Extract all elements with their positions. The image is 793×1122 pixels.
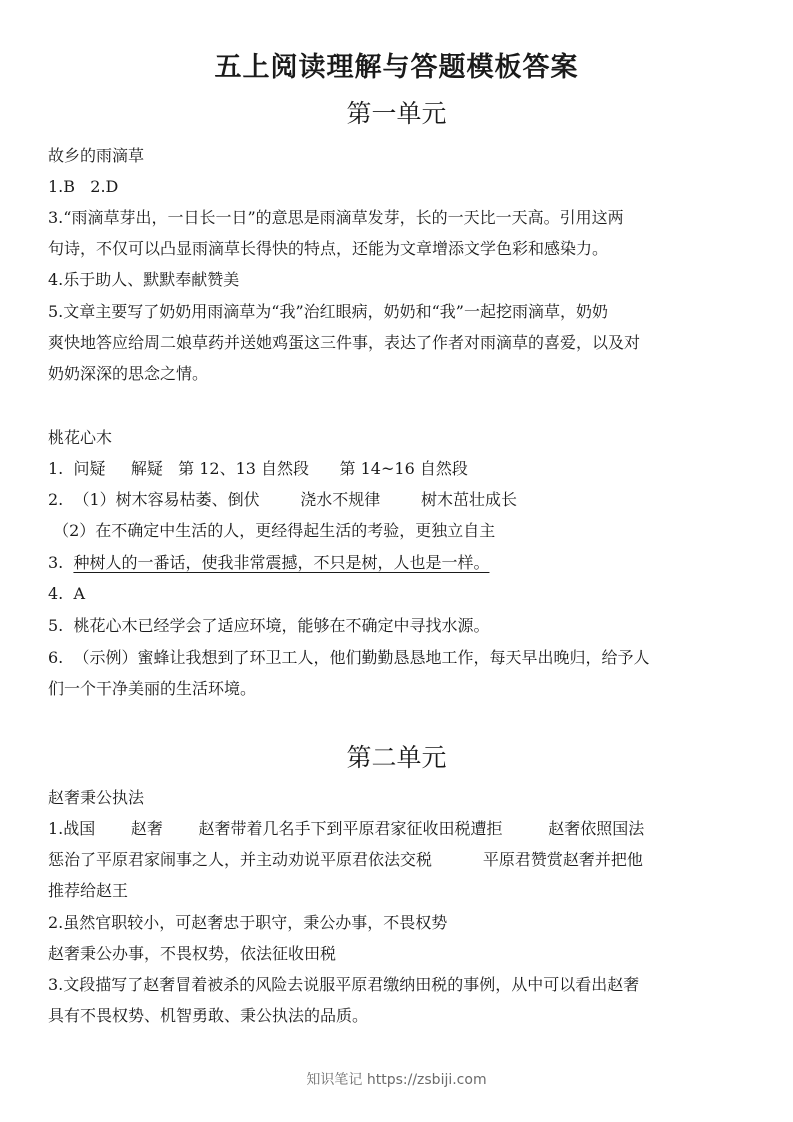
- answer-line: 1. 问疑 解疑 第 12、13 自然段 第 14~16 自然段: [48, 458, 748, 480]
- answer-line: 5.文章主要写了奶奶用雨滴草为“我”治红眼病，奶奶和“我”一起挖雨滴草，奶奶: [48, 301, 748, 323]
- answer-line: 4.乐于助人、默默奉献赞美: [48, 269, 748, 291]
- unit-heading-2: 第二单元: [0, 742, 793, 774]
- document-title: 五上阅读理解与答题模板答案: [0, 50, 793, 86]
- section-title-故乡的雨滴草: 故乡的雨滴草: [48, 145, 748, 167]
- answer-line: 具有不畏权势、机智勇敢、秉公执法的品质。: [48, 1005, 748, 1027]
- answer-line: 赵奢秉公办事，不畏权势，依法征收田税: [48, 943, 748, 965]
- answer-line: 4. A: [48, 583, 748, 605]
- question-number: 3.: [48, 553, 73, 572]
- footer-watermark: 知识笔记 https://zsbiji.com: [0, 1070, 793, 1090]
- answer-line: 们一个干净美丽的生活环境。: [48, 678, 748, 700]
- answer-line: 5. 桃花心木已经学会了适应环境，能够在不确定中寻找水源。: [48, 615, 748, 637]
- unit-heading-1: 第一单元: [0, 98, 793, 130]
- answer-line: 句诗，不仅可以凸显雨滴草长得快的特点，还能为文章增添文学色彩和感染力。: [48, 238, 748, 260]
- answer-line: 爽快地答应给周二娘草药并送她鸡蛋这三件事，表达了作者对雨滴草的喜爱，以及对: [48, 332, 748, 354]
- answer-line: 推荐给赵王: [48, 880, 748, 902]
- answer-line-underlined: 3. 种树人的一番话，使我非常震撼，不只是树，人也是一样。: [48, 552, 748, 574]
- answer-line: 1.B 2.D: [48, 176, 748, 198]
- answer-line: 6. （示例）蜜蜂让我想到了环卫工人，他们勤勤恳恳地工作，每天早出晚归，给予人: [48, 647, 748, 669]
- section-title-桃花心木: 桃花心木: [48, 427, 748, 449]
- section-title-赵奢秉公执法: 赵奢秉公执法: [48, 787, 748, 809]
- answer-line: 3.“雨滴草芽出，一日长一日”的意思是雨滴草发芽，长的一天比一天高。引用这两: [48, 207, 748, 229]
- answer-line: 2.虽然官职较小，可赵奢忠于职守，秉公办事，不畏权势: [48, 912, 748, 934]
- answer-line: 奶奶深深的思念之情。: [48, 363, 748, 385]
- answer-line: 2. （1）树木容易枯萎、倒伏 浇水不规律 树木茁壮成长: [48, 489, 748, 511]
- answer-line: 1.战国 赵奢 赵奢带着几名手下到平原君家征收田税遭拒 赵奢依照国法: [48, 818, 748, 840]
- answer-line: 3.文段描写了赵奢冒着被杀的风险去说服平原君缴纳田税的事例，从中可以看出赵奢: [48, 974, 748, 996]
- answer-line: （2）在不确定中生活的人，更经得起生活的考验，更独立自主: [48, 520, 748, 542]
- answer-line: 惩治了平原君家闹事之人，并主动劝说平原君依法交税 平原君赞赏赵奢并把他: [48, 849, 748, 871]
- document-page: 五上阅读理解与答题模板答案 第一单元 故乡的雨滴草 1.B 2.D 3.“雨滴草…: [0, 0, 793, 1122]
- underlined-answer: 种树人的一番话，使我非常震撼，不只是树，人也是一样。: [73, 553, 489, 572]
